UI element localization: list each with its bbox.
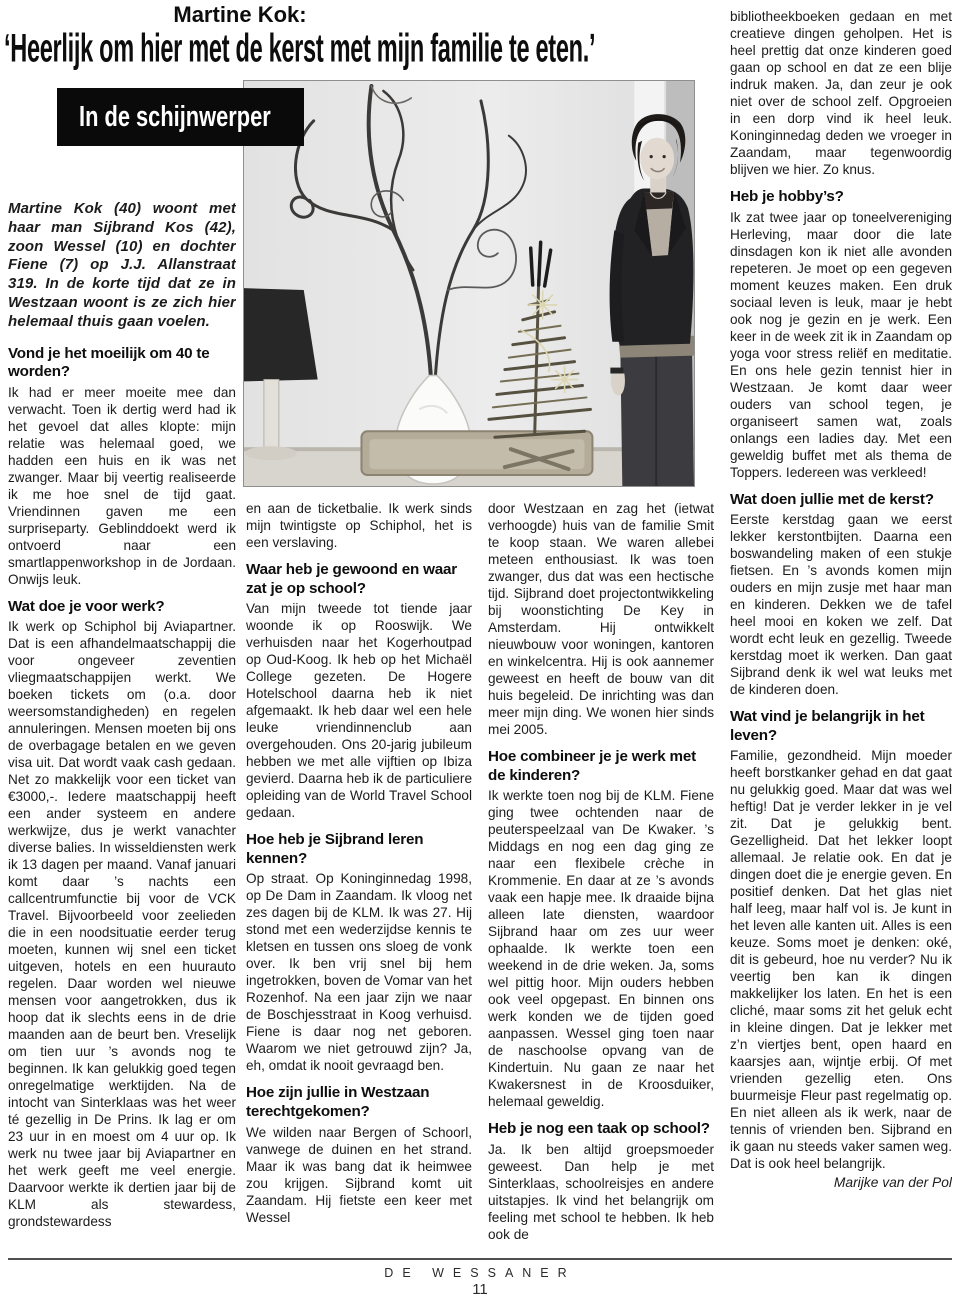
author-byline: Marijke van der Pol xyxy=(730,1174,952,1191)
answer-paragraph: Eerste kerstdag gaan we eerst lekker ker… xyxy=(730,511,952,698)
continued-paragraph: en aan de ticketbalie. Ik werk sinds mij… xyxy=(246,500,472,551)
section-banner-label: In de schijnwerper xyxy=(79,101,271,134)
article-photo xyxy=(243,80,695,487)
answer-paragraph: Op straat. Op Koninginnedag 1998, op De … xyxy=(246,870,472,1074)
article-column-3: door Westzaan en zag het (ietwat verhoog… xyxy=(488,500,714,1252)
question-heading: Hoe heb je Sijbrand leren kennen? xyxy=(246,831,472,868)
article-headline: ‘Heerlijk om hier met de kerst met mijn … xyxy=(4,27,712,73)
question-heading: Wat vind je belangrijk in het leven? xyxy=(730,708,952,745)
question-heading: Heb je hobby’s? xyxy=(730,188,952,207)
question-heading: Hoe zijn jullie in Westzaan terechtgekom… xyxy=(246,1084,472,1121)
continued-paragraph: door Westzaan en zag het (ietwat verhoog… xyxy=(488,500,714,738)
question-heading: Vond je het moeilijk om 40 te worden? xyxy=(8,345,236,382)
article-column-1: Martine Kok (40) woont met haar man Sijb… xyxy=(8,200,236,1252)
article-column-2: en aan de ticketbalie. Ik werk sinds mij… xyxy=(246,500,472,1252)
answer-paragraph: Ik had er meer moeite mee dan verwacht. … xyxy=(8,384,236,588)
photo-illustration xyxy=(244,81,694,486)
answer-paragraph: Familie, gezondheid. Mijn moeder heeft b… xyxy=(730,747,952,1172)
page-number: 11 xyxy=(0,1281,960,1298)
continued-paragraph: bibliotheekboeken gedaan en met creatiev… xyxy=(730,8,952,178)
answer-paragraph: Ik werk op Schiphol bij Aviapartner. Dat… xyxy=(8,618,236,1230)
answer-paragraph: Ik zat twee jaar op toneelvereniging Her… xyxy=(730,209,952,481)
question-heading: Wat doe je voor werk? xyxy=(8,598,236,617)
answer-paragraph: Ik werkte toen nog bij de KLM. Fiene gin… xyxy=(488,787,714,1110)
question-heading: Waar heb je gewoond en waar zat je op sc… xyxy=(246,561,472,598)
question-heading: Heb je nog een taak op school? xyxy=(488,1120,714,1139)
answer-paragraph: We wilden naar Bergen of Schoorl, vanweg… xyxy=(246,1124,472,1226)
footer-divider xyxy=(8,1258,952,1260)
question-heading: Hoe combineer je je werk met de kinderen… xyxy=(488,748,714,785)
question-heading: Wat doen jullie met de kerst? xyxy=(730,491,952,510)
section-banner: In de schijnwerper xyxy=(57,88,304,146)
article-column-4: bibliotheekboeken gedaan en met creatiev… xyxy=(730,8,952,1252)
publication-name: DE WESSANER xyxy=(0,1266,960,1280)
answer-paragraph: Ja. Ik ben altijd groepsmoeder geweest. … xyxy=(488,1141,714,1243)
article-headline-text: ‘Heerlijk om hier met de kerst met mijn … xyxy=(4,27,595,72)
answer-paragraph: Van mijn tweede tot tiende jaar woonde i… xyxy=(246,600,472,821)
article-kicker: Martine Kok: xyxy=(0,2,480,28)
article-intro: Martine Kok (40) woont met haar man Sijb… xyxy=(8,200,236,332)
